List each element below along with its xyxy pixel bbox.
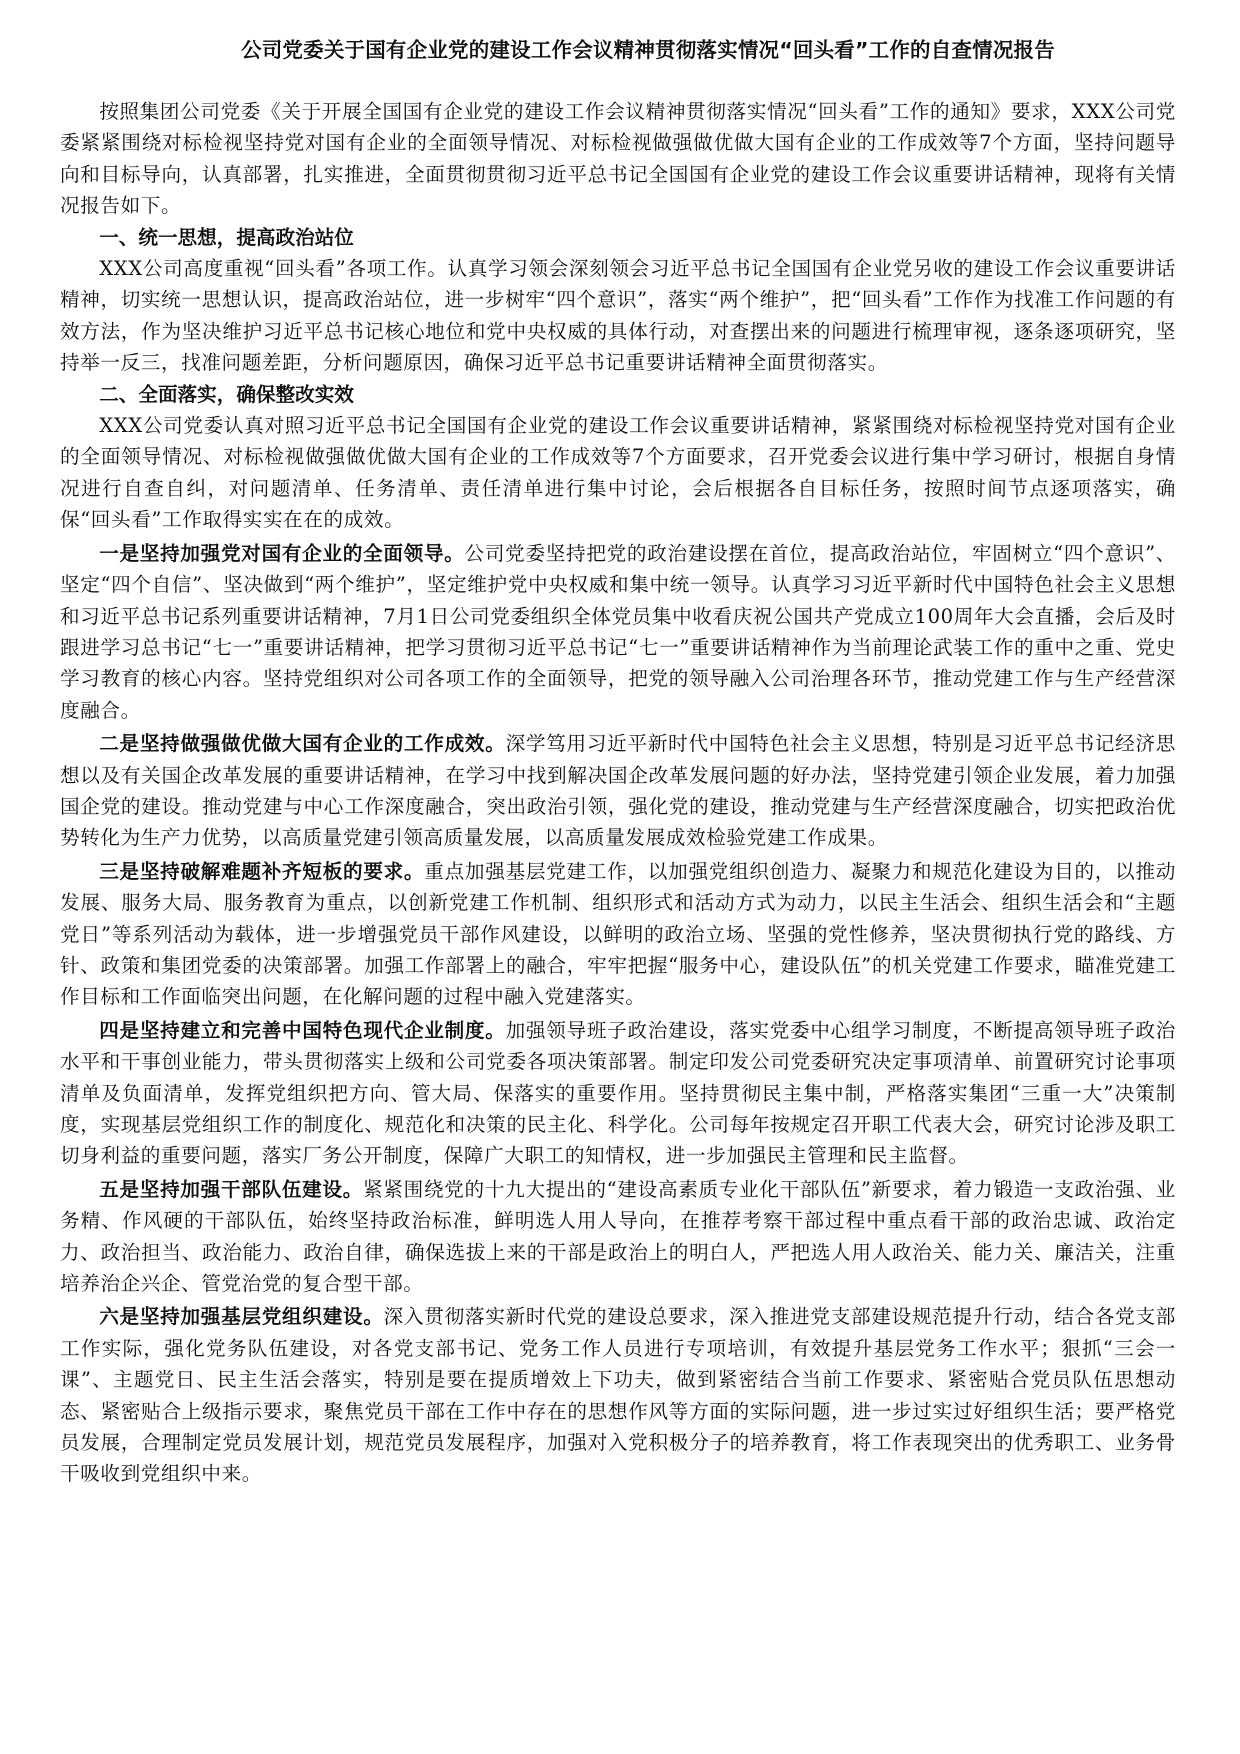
item-paragraph-4: 四是坚持建立和完善中国特色现代企业制度。加强领导班子政治建设，落实党委中心组学习… bbox=[60, 1015, 1176, 1172]
item-paragraph-5: 五是坚持加强干部队伍建设。紧紧围绕党的十九大提出的“建设高素质专业化干部队伍”新… bbox=[60, 1174, 1176, 1300]
item-lead-1: 一是坚持加强党对国有企业的全面领导。 bbox=[99, 542, 464, 565]
item-lead-5: 五是坚持加强干部队伍建设。 bbox=[99, 1178, 363, 1201]
section-body-1: XXX公司高度重视“回头看”各项工作。认真学习领会深刻领会习近平总书记全国国有企… bbox=[60, 253, 1176, 379]
section-body-2: XXX公司党委认真对照习近平总书记全国国有企业党的建设工作会议重要讲话精神，紧紧… bbox=[60, 410, 1176, 536]
item-paragraph-2: 二是坚持做强做优做大国有企业的工作成效。深学笃用习近平新时代中国特色社会主义思想… bbox=[60, 728, 1176, 854]
item-body-1: 公司党委坚持把党的政治建设摆在首位，提高政治站位，牢固树立“四个意识”、坚定“四… bbox=[60, 542, 1176, 722]
item-lead-3: 三是坚持破解难题补齐短板的要求。 bbox=[99, 860, 424, 883]
item-lead-6: 六是坚持加强基层党组织建设。 bbox=[99, 1305, 383, 1328]
section-heading-2: 二、全面落实，确保整改实效 bbox=[60, 379, 1176, 410]
intro-paragraph: 按照集团公司党委《关于开展全国国有企业党的建设工作会议精神贯彻落实情况“回头看”… bbox=[60, 96, 1176, 222]
document-page: 公司党委关于国有企业党的建设工作会议精神贯彻落实情况“回头看”工作的自查情况报告… bbox=[60, 28, 1176, 1490]
item-body-6: 深入贯彻落实新时代党的建设总要求，深入推进党支部建设规范提升行动，结合各党支部工… bbox=[60, 1305, 1176, 1485]
document-title: 公司党委关于国有企业党的建设工作会议精神贯彻落实情况“回头看”工作的自查情况报告 bbox=[120, 36, 1176, 64]
item-paragraph-6: 六是坚持加强基层党组织建设。深入贯彻落实新时代党的建设总要求，深入推进党支部建设… bbox=[60, 1301, 1176, 1489]
item-paragraph-1: 一是坚持加强党对国有企业的全面领导。公司党委坚持把党的政治建设摆在首位，提高政治… bbox=[60, 538, 1176, 726]
item-lead-4: 四是坚持建立和完善中国特色现代企业制度。 bbox=[99, 1019, 505, 1042]
item-lead-2: 二是坚持做强做优做大国有企业的工作成效。 bbox=[99, 732, 505, 755]
section-heading-1: 一、统一思想，提高政治站位 bbox=[60, 222, 1176, 253]
item-paragraph-3: 三是坚持破解难题补齐短板的要求。重点加强基层党建工作，以加强党组织创造力、凝聚力… bbox=[60, 856, 1176, 1013]
